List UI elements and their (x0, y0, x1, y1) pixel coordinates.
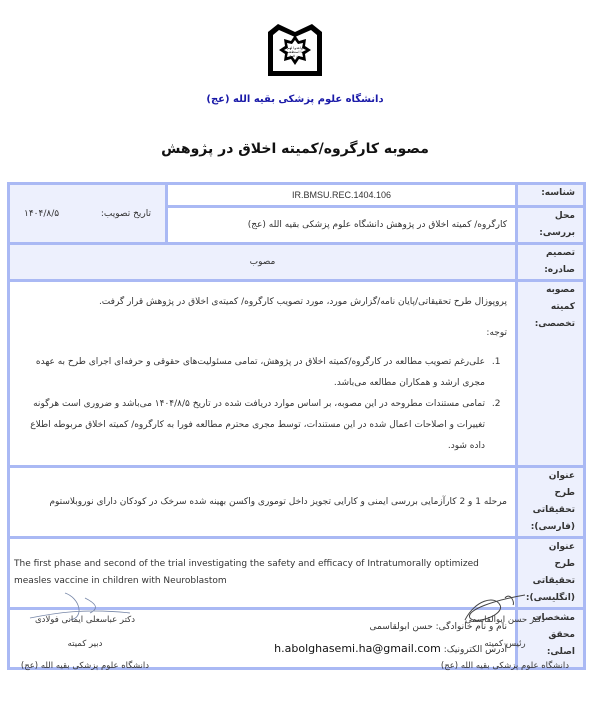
signature-secretary: دکتر عباسعلی ایمانی فولادی دبیر کمیته دا… (0, 615, 170, 671)
label-decision: تصمیم صادره: (517, 244, 585, 281)
note-item: تمامی مستندات مطروحه در این مصوبه، بر اس… (18, 394, 489, 457)
university-logo: واعدوا لهم ما استطعتم من قوة (264, 18, 326, 80)
approval-id: IR.BMSU.REC.1404.106 (167, 184, 517, 207)
label-review-place: محل بررسی: (517, 207, 585, 244)
page-title: مصوبه کارگروه/کمیته اخلاق در پژوهش (0, 141, 590, 157)
signature-chair: دکتر حسن ابوالقاسمی رئیس کمیته دانشگاه ع… (420, 615, 590, 671)
university-name: دانشگاه علوم پزشکی بقیه الله (عج) (0, 94, 590, 105)
note-label: توجه: (18, 323, 507, 344)
secretary-name: دکتر عباسعلی ایمانی فولادی (0, 615, 170, 625)
notes-list: علی‌رغم تصویب مطالعه در کارگروه/کمیته اخ… (18, 352, 507, 457)
secretary-role: دبیر کمیته (0, 639, 170, 649)
svg-text:من قوة: من قوة (290, 54, 301, 58)
note-item: علی‌رغم تصویب مطالعه در کارگروه/کمیته اخ… (18, 352, 489, 394)
label-title-fa: عنوان طرح تحقیقاتی (فارسی): (517, 467, 585, 538)
row-title-fa: عنوان طرح تحقیقاتی (فارسی): مرحله 1 و 2 … (9, 467, 585, 538)
approval-date-cell: تاریخ تصویب: ۱۴۰۴/۸/۵ (9, 184, 167, 244)
chair-org: دانشگاه علوم پزشکی بقیه الله (عج) (420, 661, 590, 671)
row-id: شناسه: IR.BMSU.REC.1404.106 تاریخ تصویب:… (9, 184, 585, 207)
label-id: شناسه: (517, 184, 585, 207)
row-decision: تصمیم صادره: مصوب (9, 244, 585, 281)
approval-date: ۱۴۰۴/۸/۵ (24, 209, 59, 219)
title-fa: مرحله 1 و 2 کارآزمایی بررسی ایمنی و کارا… (9, 467, 517, 538)
secretary-org: دانشگاه علوم پزشکی بقیه الله (عج) (0, 661, 170, 671)
chair-role: رئیس کمیته (420, 639, 590, 649)
row-committee-approval: مصوبه کمیته تخصصی: پروپوزال طرح تحقیقاتی… (9, 281, 585, 467)
approval-intro: پروپوزال طرح تحقیقاتی/پایان نامه/گزارش م… (18, 292, 507, 313)
review-place: کارگروه/ کمیته اخلاق در پژوهش دانشگاه عل… (167, 207, 517, 244)
decision-value: مصوب (9, 244, 517, 281)
researcher-email[interactable]: h.abolghasemi.ha@gmail.com (274, 642, 441, 655)
chair-name: دکتر حسن ابوالقاسمی (420, 615, 590, 625)
label-approval-date: تاریخ تصویب: (101, 209, 151, 219)
label-committee-approval: مصوبه کمیته تخصصی: (517, 281, 585, 467)
committee-approval-text: پروپوزال طرح تحقیقاتی/پایان نامه/گزارش م… (9, 281, 517, 467)
